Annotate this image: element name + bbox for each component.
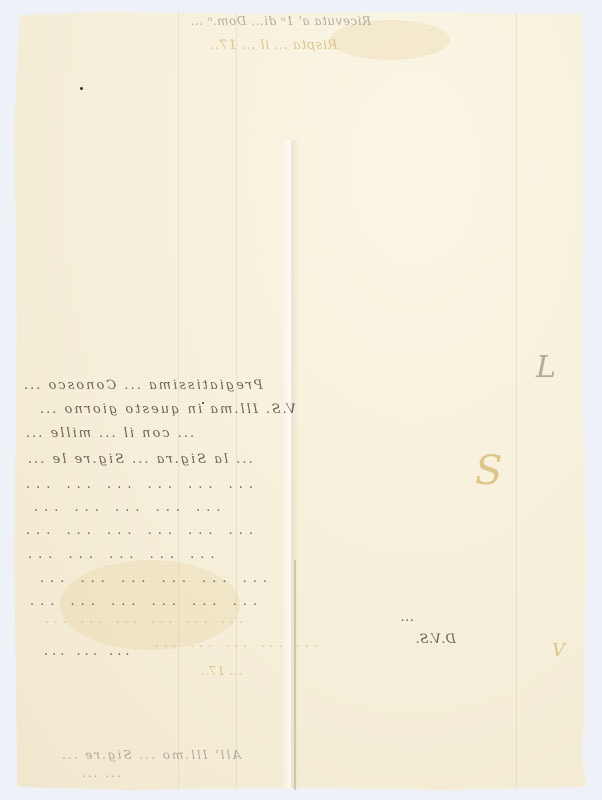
body-line: ... ... ... ... ... <box>28 500 221 515</box>
body-line: ... ... ... ... ... ... <box>20 477 253 492</box>
bleed-line: ... ... ... ... ... ... <box>40 612 243 626</box>
closing-word: ... <box>400 610 414 625</box>
margin-initial: S <box>475 448 502 494</box>
paper-chain-line <box>178 12 179 790</box>
body-line: ... ... ... ... ... ... <box>20 523 253 538</box>
address-line: ... ... <box>80 766 121 780</box>
body-line: ... ... ... ... ... <box>22 547 215 562</box>
closing-abbrev: D.V.S. <box>415 632 456 647</box>
ink-speck <box>80 87 83 90</box>
paper-fold <box>282 140 300 788</box>
body-line: ... con il ... mille ... <box>24 426 194 441</box>
place-date: ... 17.. <box>200 664 242 678</box>
body-line: ... ... ... ... ... ... <box>34 571 267 586</box>
body-line: ... la Sig.ra ... Sig.re le ... <box>26 452 253 467</box>
bleed-line: ... ... ... ... ... <box>150 636 317 650</box>
manuscript-sheet <box>14 12 586 790</box>
body-line: Pregiatissima ... Conosco ... <box>22 378 263 393</box>
margin-flourish: L <box>536 350 556 385</box>
address-line: All' Ill.mo ... Sig.re ... <box>60 748 241 762</box>
corner-mark: V <box>552 640 565 661</box>
header-line: Ricevuta a' 1ᵒ di... Dom.ᵒ ... <box>190 14 371 28</box>
paper-crease <box>294 560 296 790</box>
signature: ... ... ... <box>40 644 129 659</box>
paper-chain-line <box>516 12 517 790</box>
body-line: ... ... ... ... ... ... <box>24 594 257 609</box>
body-line: V.S. Ill.ma in questo giorno ... <box>38 402 296 417</box>
header-line: Rispta ... il ... 17.. <box>210 38 337 53</box>
